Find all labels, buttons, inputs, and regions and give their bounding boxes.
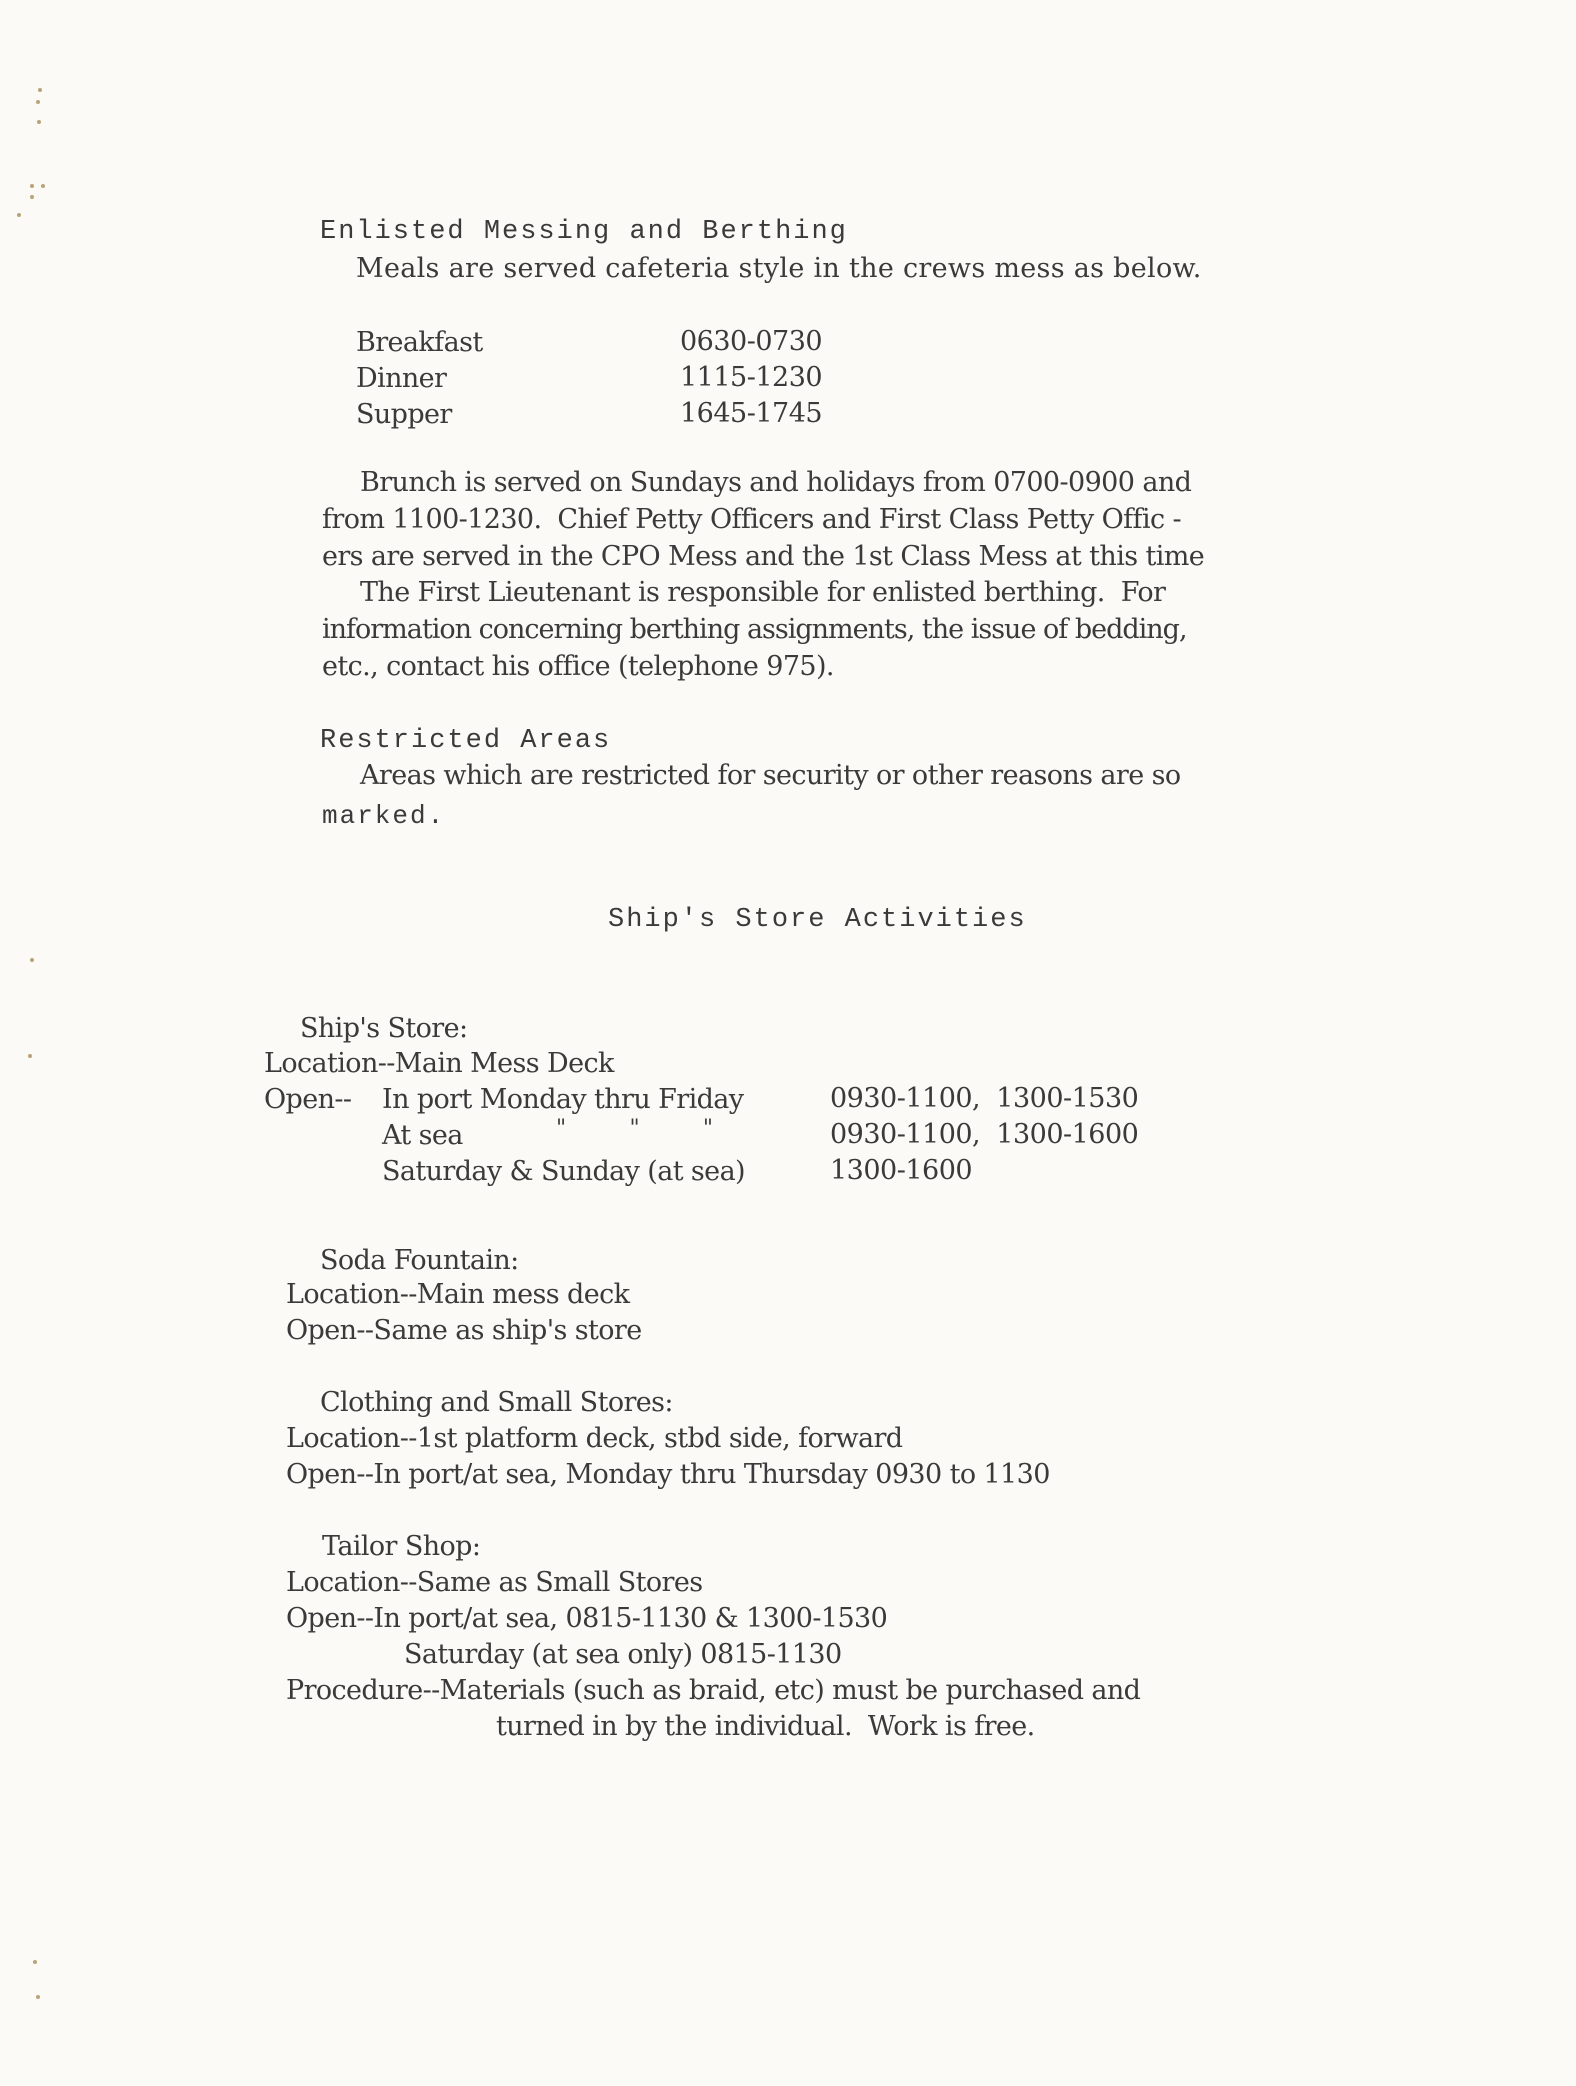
brunch-text: from 1100-1230. Chief Petty Officers and… — [322, 503, 1181, 537]
soda-fountain-location: Location--Main mess deck — [286, 1278, 629, 1312]
soda-fountain-heading: Soda Fountain: — [320, 1244, 519, 1278]
berthing-text: information concerning berthing assignme… — [322, 613, 1187, 647]
clothing-location: Location--1st platform deck, stbd side, … — [286, 1422, 903, 1456]
ships-store-location: Location--Main Mess Deck — [264, 1047, 614, 1081]
berthing-text: The First Lieutenant is responsible for … — [360, 576, 1165, 610]
ships-store-open-when: Saturday & Sunday (at sea) — [382, 1155, 745, 1189]
margin-speck — [33, 1960, 37, 1964]
restricted-text: marked. — [322, 799, 445, 833]
tailor-open-saturday: Saturday (at sea only) 0815-1130 — [404, 1638, 842, 1672]
restricted-text: Areas which are restricted for security … — [360, 759, 1180, 793]
ditto-marks: " " " — [556, 1112, 712, 1146]
clothing-open: Open--In port/at sea, Monday thru Thursd… — [286, 1458, 1050, 1492]
margin-speck — [36, 1995, 40, 1999]
meal-name: Supper — [356, 398, 452, 432]
tailor-procedure: Procedure--Materials (such as braid, etc… — [286, 1674, 1140, 1708]
ships-store-hours: 1300-1600 — [830, 1155, 972, 1186]
ships-store-open-when: At sea — [382, 1119, 463, 1153]
ships-store-open-label: Open-- — [264, 1083, 351, 1117]
brunch-text: ers are served in the CPO Mess and the 1… — [322, 540, 1204, 574]
brunch-text: Brunch is served on Sundays and holidays… — [360, 466, 1191, 500]
tailor-procedure-cont: turned in by the individual. Work is fre… — [496, 1710, 1035, 1744]
margin-speck — [38, 88, 42, 92]
margin-speck — [36, 100, 40, 104]
margin-speck — [17, 213, 21, 217]
meal-name: Breakfast — [356, 326, 483, 360]
tailor-open: Open--In port/at sea, 0815-1130 & 1300-1… — [286, 1602, 887, 1636]
tailor-heading: Tailor Shop: — [322, 1530, 480, 1564]
margin-speck — [30, 958, 34, 962]
ships-store-heading: Ship's Store: — [300, 1012, 467, 1046]
meal-time: 1115-1230 — [680, 362, 822, 393]
section-heading-restricted: Restricted Areas — [320, 724, 611, 758]
meal-time: 0630-0730 — [680, 326, 822, 357]
section-title-store-activities: Ship's Store Activities — [608, 903, 1027, 937]
margin-speck — [30, 195, 34, 199]
berthing-text: etc., contact his office (telephone 975)… — [322, 650, 834, 684]
tailor-location: Location--Same as Small Stores — [286, 1566, 702, 1600]
ships-store-hours: 0930-1100, 1300-1600 — [830, 1119, 1138, 1150]
margin-speck — [28, 1054, 32, 1058]
soda-fountain-open: Open--Same as ship's store — [286, 1314, 642, 1348]
clothing-heading: Clothing and Small Stores: — [320, 1386, 673, 1420]
margin-speck — [37, 120, 41, 124]
ships-store-hours: 0930-1100, 1300-1530 — [830, 1083, 1138, 1114]
section-heading-enlisted: Enlisted Messing and Berthing — [320, 215, 848, 249]
enlisted-intro: Meals are served cafeteria style in the … — [356, 252, 1202, 286]
meal-name: Dinner — [356, 362, 446, 396]
meal-time: 1645-1745 — [680, 398, 822, 429]
margin-speck — [41, 184, 45, 188]
margin-speck — [30, 184, 34, 188]
